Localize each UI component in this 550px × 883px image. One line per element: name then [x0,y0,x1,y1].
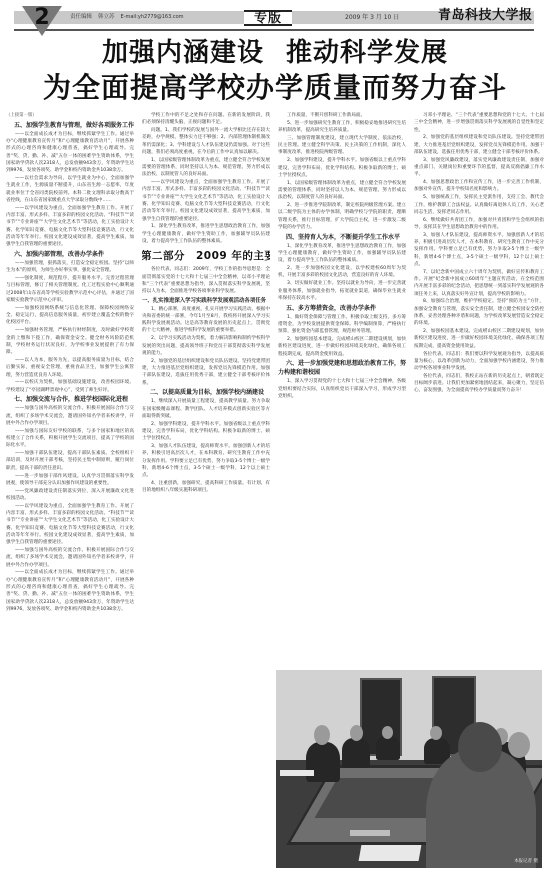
page-number: 2 [28,6,56,30]
paragraph: 1、继续深入开展质量工程建设，提高教学质量。努力争取在国家级精品课程、教学团队、… [142,398,270,420]
paragraph: ——加强校园网络系统与信息化管理。保障校园网络安全、稳定运行，提高信息服务质量，… [6,305,134,327]
paragraph: 问题。1、我们学校的发展与国外一流大学相比还存在较大差距，办学规模、整体实力还不… [142,127,270,156]
headline-line-2: 为全面提高学校办学质量而努力奋斗 [0,70,550,106]
headline-line-1: 加强内涵建设推动科学发展 [0,36,550,70]
paragraph: 2、进一步加强校园文化建设，以学校建校60周年为契机，开展丰富多彩的校园文化活动… [278,265,406,280]
paragraph: 习邓小平理论、“三个代表”重要思想和党的十七大、十七届三中全会精神，进一步增强贯… [414,112,544,134]
paragraph: 工作质量，不断开创科研工作新局面。 [278,112,406,119]
paragraph: ——以学风建设为重点，全面加强学生教育工作。开展了内容丰富、形式多样、丰富多彩的… [6,503,134,547]
paragraph: 2、以学习实践活动为契机，着力解决影响和制约学校科学发展的突出问题，提高领导班子… [142,335,270,357]
paragraph: 3、加强党风廉政建设，落实党风廉政建设责任制，加强对重点部门、关键岗位和重要环节… [414,157,544,179]
paragraph: 5、加强统战工作，发挥民主党派作用，支持工会、教代会工作，维护教职工合法权益。认… [414,194,544,216]
paragraph: ——以全面成长成才为目标，继续抓紧学生工作。通过举办“心理健康教育宣传月”和“心… [6,131,134,175]
paragraph: ——加强与国外高校的交流合作。积极开展国际合作与交流，组织了多场学术交流会，邀请… [6,405,134,427]
paragraph: ——党风廉政建设责任制落实到位，深入开展廉政文化进校园活动。 [6,488,134,503]
paragraph: 2、进一步推进学院制改革，制定校院两级管理方案。建立以二级学院为主体的办学体制，… [278,202,406,231]
paragraph: 3、加强人才队伍建设，提高师资水平。加强创新人才的培养，积极引进高层次人才，在本… [414,232,544,268]
paragraph: ——加强与国际友好学校的联系，与多个国家和地区的高校建立了合作关系，积极开展学生… [6,428,134,450]
paragraph: ——以全面成长成才为目标，继续抓紧学生工作。通过举办“心理健康教育宣传月”和“心… [6,569,134,613]
paragraph: 6、继续做好共青团工作，加强对共青团和学生会组织的指导，发挥其在学生思想政治教育… [414,217,544,232]
paragraph: 2、加强校园基本建设。完成崂山校区二期建设规划，加快新校区建设进度，进一步做好校… [278,336,406,358]
section-heading-5b: 五、多方筹措资金，改善办学条件 [278,304,406,313]
photo-credit: 本报记者 摄 [514,859,538,865]
editor-info: 责任编辑韩立苏E-mail:yh2779@163.com [70,12,184,23]
paragraph: 2、加强学科建设，提升学科水平。加强省级以上重点学科建设，完善学科布局，优化学科… [278,157,406,179]
section-heading-1: 一、扎实推进深入学习实践科学发展观活动各项任务 [142,297,270,305]
paragraph: 7、以纪念新中国成立六十周年为契机，做好宣传和教育工作。开展“纪念新中国成立60… [414,269,544,298]
paragraph: ——强化制度，规范程序，提升服务水平。完善过程管理与目标管理，修订了相关管理制度… [6,275,134,304]
masthead-rule [14,29,534,31]
paragraph: 1、以国家级管理体制改革为重点，建立健全符合学校发展需要的管理体系，同时坚持以人… [278,180,406,202]
paragraph: 3、切实做好就业工作。坚持以就业为导向，进一步完善就业服务体系，加强就业指导，拓… [278,280,406,302]
page-headline: 加强内涵建设推动科学发展 为全面提高学校办学质量而努力奋斗 [0,36,550,106]
paragraph: 各位代表、同志们：2009年，学校工作的指导思想是：全面贯彻落实党的十七大和十七… [142,266,270,295]
paragraph: 5、进一步加强研究生教育工作，积极稳妥地推进研究生培养机制改革，提高研究生培养质… [278,120,406,135]
paragraph: 2、加强学科建设，提升学科水平。加强省级以上重点学科建设，完善学科布局，优化学科… [142,421,270,443]
section-heading-5: 五、加强学生教育与管理，做好各项服务工作 [6,121,134,130]
paragraph: 8、加强综合治理，维护学校稳定。坚持“预防为主”方针，加强安全教育与管理，落实安… [414,298,544,327]
paragraph: ——以学风建设为重点，全面加强学生教育工作。开展了内容丰富、形式多样、丰富多彩的… [142,179,270,223]
article-column-2: 学校工作中的不足之处和存在问题。在新的发展阶段，我们必须保持清醒头脑，正视问题和… [142,112,270,883]
paragraph: 各位代表、同志们：我们要以科学发展观为指导，以提高质量为核心，以改革创新为动力，… [414,351,544,373]
newspaper-logo: 青岛科技大学报 [438,7,533,25]
headline-part-a: 加强内涵建设 [102,38,264,68]
paragraph: 1、深入学习贯彻党的十七大和十七届三中全会精神，各级党组织要结合实际，认真组织党… [278,378,406,400]
edition-label: 专版 [244,10,292,26]
paragraph: 4、注重创新，加强研究，提高科研工作质量。有计划、有目的地组织八年级实施科研项目… [142,480,270,495]
editor-email: E-mail:yh2779@163.com [121,14,184,20]
paragraph: 学校工作中的不足之处和存在问题。在新的发展阶段，我们必须保持清醒头脑，正视问题和… [142,112,270,127]
paragraph: 2、加强校园基本建设。完成崂山校区二期建设规划，加快新校区建设进度，进一步做好校… [414,328,544,350]
paragraph: ——进一步加强干部作风建设。认真学习贯彻落实科学发展观，使领导干部充分认识加强作… [6,473,134,488]
editor-name: 韩立苏 [98,14,115,20]
section-heading-6: 六、加强内部管理，改善办学条件 [6,250,134,259]
headline-part-b: 推动科学发展 [286,38,448,68]
paragraph: 1、做好资金保障与管理工作。积极争取上级支持，多方筹措资金，为学校发展提供资金保… [278,314,406,336]
issue-date: 2009 年 3 月 10 日 [345,12,399,23]
paragraph: 1、深化学生教育改革，推进学生思想政治教育工作，加强学生心理健康教育，做好学生资… [278,243,406,265]
paragraph: 1、精心部署，高度重视，扎实开展学习实践活动。根据中央和省委的统一部署，今年1月… [142,306,270,335]
paragraph: ——加强管理，狠抓落实，打造安全稳定校园。坚持“以师生为本”的原则，为师生办好事… [6,260,134,275]
section-heading-4: 四、坚持育人为本，不断提升学生工作水平 [278,233,406,242]
paragraph: 1、深化学生教育改革，推进学生思想政治教育工作，加强学生心理健康教育，做好学生资… [142,223,270,245]
part-two-heading: 第二部分 2009 年的主要工作 [142,248,270,264]
section-heading-6b: 六、进一步加强党建和思想政治教育工作，努力构建和谐校园 [278,359,406,377]
paragraph: 三、加强管理制度建设，建立现代大学制度，依法治校，民主管理。建立健全科学决策、民… [278,135,406,157]
paragraph: ——加强干部队伍建设，提高干部队伍素质。全校组织干部培训，及时开展干部考核，坚持… [6,450,134,472]
paragraph: ——以社会需求为导向，以学生就业为中心，全面加强学生就业工作，生源质量不断提升，… [6,175,134,204]
paragraph: 3、加强人才队伍建设，提高师资水平。加强创新人才的培养，积极引进高层次人才，在本… [142,443,270,479]
paragraph: 各位代表，同志们，我校正站在新的历史起点上，朝着既定目标阔步前进。让我们更加紧密… [414,373,544,395]
paragraph: 4、加强思想政治工作和宣传工作，进一步完善工作机制，加强对外宣传，提升学校知名度… [414,179,544,194]
paragraph: ——以人为本，服务为先，以提高服务质量为目标，结合后勤实际，重视安全管理，重视食… [6,357,134,379]
paragraph: ——加强与国外高校的交流合作。积极开展国际合作与交流，组织了多场学术交流会，邀请… [6,547,134,569]
section-heading-2: 二、以提高质量为目标，加强学校内涵建设 [142,388,270,397]
masthead: 2 责任编辑韩立苏E-mail:yh2779@163.com 专版 2009 年… [0,0,550,36]
paragraph: ——以学风建设为重点，全面加强学生教育工作。开展了内容丰富、形式多样、丰富多彩的… [6,205,134,249]
paragraph: 2、加强党的基层组织建设和党员队伍建设。坚持党建带团建，大力推进基层党组织建设，… [414,134,544,156]
paragraph: 1、以国家级管理体制改革为重点，建立健全符合学校发展需要的管理体系，同时坚持以人… [142,157,270,179]
paragraph: 2、加强党的基层组织建设和党员队伍建设。坚持党建带团建，大力推进基层党组织建设，… [142,358,270,387]
paragraph: ——加强财务管理，严格执行财经制度，及时做好学校资金的上缴和下拨工作，确保资金安… [6,327,134,356]
editor-label: 责任编辑 [70,14,92,20]
continued-note: （上接第一版） [6,112,134,119]
paragraph: ——以校庆为契机，加强基础设施建设，改善校园环境。学校建设了“亭园湖畔景观中心”… [6,379,134,394]
meeting-photo: 本报记者 摄 [276,670,542,868]
section-heading-7: 七、加强交流与合作，推进学校国际化进程 [6,395,134,404]
article-column-1: （上接第一版） 五、加强学生教育与管理，做好各项服务工作 ——以全面成长成才为目… [6,112,134,883]
